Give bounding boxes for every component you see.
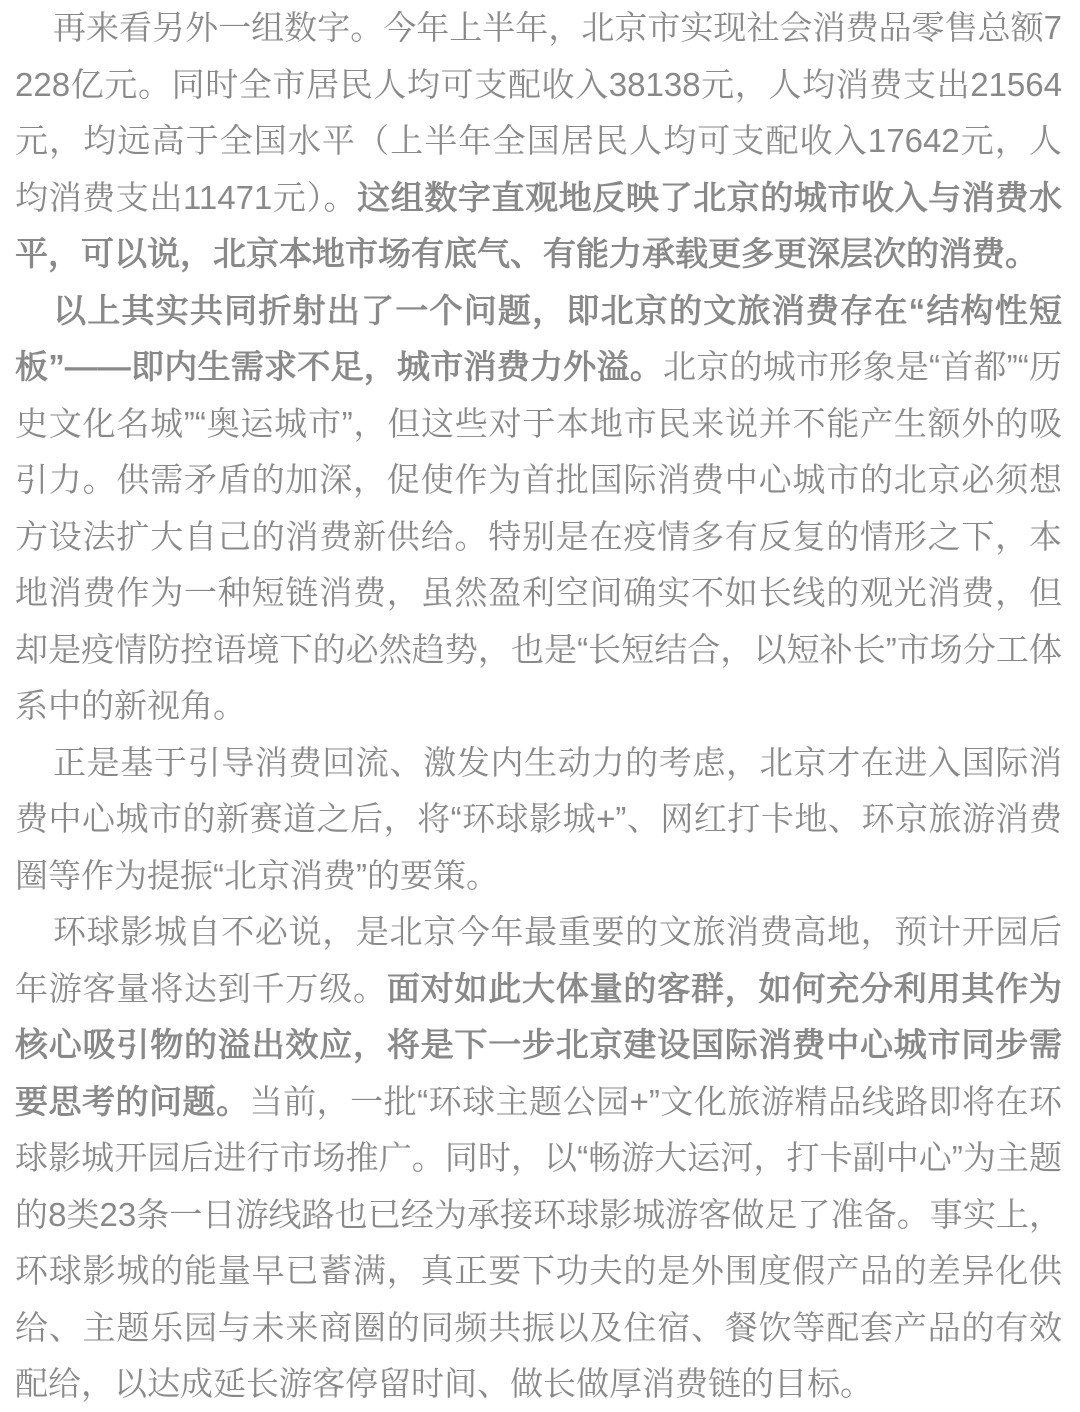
paragraph-3: 正是基于引导消费回流、激发内生动力的考虑，北京才在进入国际消费中心城市的新赛道之…: [15, 735, 1062, 905]
article-body: 再来看另外一组数字。今年上半年，北京市实现社会消费品零售总额7228亿元。同时全…: [0, 0, 1080, 1412]
text-segment: 正是基于引导消费回流、激发内生动力的考虑，北京才在进入国际消费中心城市的新赛道之…: [15, 744, 1062, 894]
paragraph-1: 再来看另外一组数字。今年上半年，北京市实现社会消费品零售总额7228亿元。同时全…: [15, 0, 1062, 283]
paragraph-4: 环球影城自不必说，是北京今年最重要的文旅消费高地，预计开园后年游客量将达到千万级…: [15, 904, 1062, 1412]
paragraph-2: 以上其实共同折射出了一个问题，即北京的文旅消费存在“结构性短板”——即内生需求不…: [15, 283, 1062, 735]
text-segment: 当前，一批“环球主题公园+”文化旅游精品线路即将在环球影城开园后进行市场推广。同…: [15, 1083, 1062, 1403]
text-segment: 北京的城市形象是“首都”“历史文化名城”“奥运城市”，但这些对于本地市民来说并不…: [15, 348, 1062, 724]
